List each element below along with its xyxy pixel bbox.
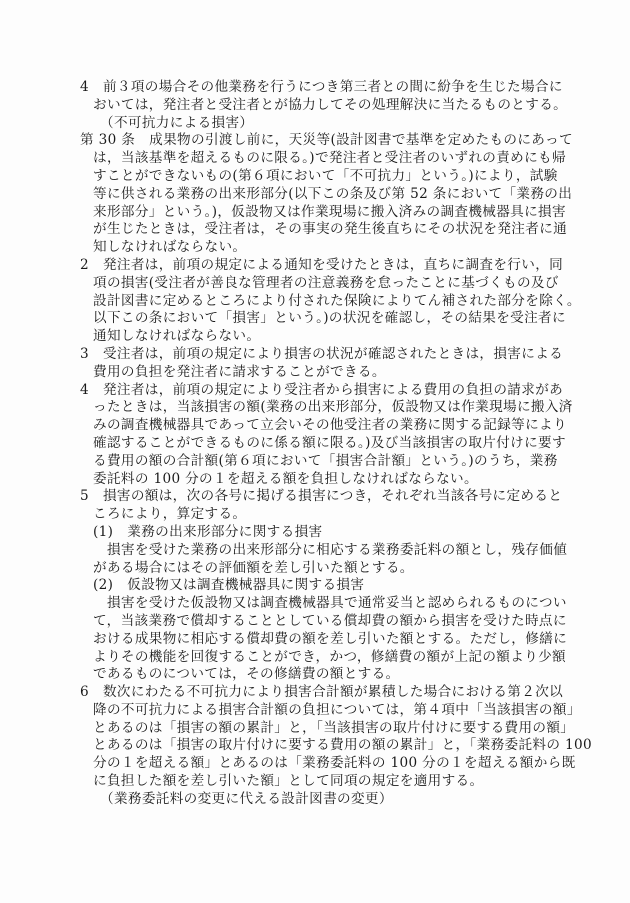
paragraph-6-line-6: に負担した額を差し引いた額」として同項の規定を適用する。 — [80, 773, 554, 791]
paragraph-6-line-2: 降の不可抗力による損害合計額の負担については，第４項中「当該損害の額」 — [80, 702, 554, 720]
paragraph-3-line-2: 費用の負担を発注者に請求することができる。 — [80, 364, 554, 382]
article-30-line-4: 等に供される業務の出来形部分(以下この条及び第 52 条において「業務の出 — [80, 186, 554, 204]
paragraph-4-line-2: ったときは，当該損害の額(業務の出来形部分，仮設物又は作業現場に搬入済 — [80, 399, 554, 417]
item-1-body-line-1: 損害を受けた業務の出来形部分に相応する業務委託料の額とし，残存価値 — [80, 542, 554, 560]
paragraph-5-line-2: ころにより，算定する。 — [80, 506, 554, 524]
article-30-line-2: は，当該基準を超えるものに限る。)で発注者と受注者のいずれの責めにも帰 — [80, 150, 554, 168]
paragraph-4-line-1: 4 発注者は，前項の規定により受注者から損害による費用の負担の請求があ — [80, 382, 554, 400]
item-1-body-line-2: がある場合にはその評価額を差し引いた額とする。 — [80, 560, 554, 578]
paragraph-4-line-4: 確認することができるものに係る額に限る。)及び当該損害の取片付けに要す — [80, 435, 554, 453]
article-30-line-1: 第 30 条 成果物の引渡し前に，天災等(設計図書で基準を定めたものにあって — [80, 132, 554, 150]
paragraph-3-line-1: 3 受注者は，前項の規定により損害の状況が確認されたときは，損害による — [80, 346, 554, 364]
item-2-body-line-3: おける成果物に相応する償却費の額を差し引いた額とする。ただし，修繕に — [80, 631, 554, 649]
paragraph-6-line-3: とあるのは「損害の額の累計」と，「当該損害の取片付けに要する費用の額」 — [80, 720, 554, 738]
paragraph-6-line-1: 6 数次にわたる不可抗力により損害合計額が累積した場合における第２次以 — [80, 684, 554, 702]
item-2-body-line-2: て，当該業務で償却することとしている償却費の額から損害を受けた時点に — [80, 613, 554, 631]
paragraph-4-line-3: みの調査機械器具であって立会いその他受注者の業務に関する記録等により — [80, 417, 554, 435]
item-1-heading: (1) 業務の出来形部分に関する損害 — [80, 524, 554, 542]
item-2-body-line-4: よりその機能を回復することができ，かつ，修繕費の額が上記の額より少額 — [80, 649, 554, 667]
paragraph-2-line-2: 項の損害(受注者が善良な管理者の注意義務を怠ったことに基づくもの及び — [80, 275, 554, 293]
paragraph-2-line-3: 設計図書に定めるところにより付された保険によりてん補された部分を除く。 — [80, 293, 554, 311]
article-30-line-3: すことができないもの(第６項において「不可抗力」という。)により，試験 — [80, 168, 554, 186]
clause-4-line-2: おいては，発注者と受注者とが協力してその処理解決に当たるものとする。 — [80, 97, 554, 115]
paragraph-4-line-5: る費用の額の合計額(第６項において「損害合計額」という。)のうち，業務 — [80, 453, 554, 471]
document-page: 4 前３項の場合その他業務を行うにつき第三者との間に紛争を生じた場合に おいては… — [80, 79, 554, 809]
item-2-body-line-1: 損害を受けた仮設物又は調査機械器具で通常妥当と認められるものについ — [80, 595, 554, 613]
article-caption: （不可抗力による損害） — [80, 115, 554, 133]
article-30-line-7: 知しなければならない。 — [80, 239, 554, 257]
article-30-line-6: が生じたときは，受注者は，その事実の発生後直ちにその状況を発注者に通 — [80, 221, 554, 239]
item-2-heading: (2) 仮設物又は調査機械器具に関する損害 — [80, 577, 554, 595]
article-30-line-5: 来形部分」という。)，仮設物又は作業現場に搬入済みの調査機械器具に損害 — [80, 204, 554, 222]
paragraph-2-line-4: 以下この条において「損害」という。)の状況を確認し，その結果を受注者に — [80, 310, 554, 328]
paragraph-4-line-6: 委託料の 100 分の１を超える額を負担しなければならない。 — [80, 471, 554, 489]
paragraph-5-line-1: 5 損害の額は，次の各号に掲げる損害につき，それぞれ当該各号に定めると — [80, 488, 554, 506]
next-article-caption: （業務委託料の変更に代える設計図書の変更） — [80, 791, 554, 809]
paragraph-2-line-5: 通知しなければならない。 — [80, 328, 554, 346]
paragraph-2-line-1: 2 発注者は，前項の規定による通知を受けたときは，直ちに調査を行い，同 — [80, 257, 554, 275]
paragraph-6-line-5: 分の１を超える額」とあるのは「業務委託料の 100 分の１を超える額から既 — [80, 755, 554, 773]
paragraph-6-line-4: とあるのは「損害の取片付けに要する費用の額の累計」と，「業務委託料の 100 — [80, 737, 554, 755]
item-2-body-line-5: であるものについては，その修繕費の額とする。 — [80, 666, 554, 684]
clause-4-line-1: 4 前３項の場合その他業務を行うにつき第三者との間に紛争を生じた場合に — [80, 79, 554, 97]
